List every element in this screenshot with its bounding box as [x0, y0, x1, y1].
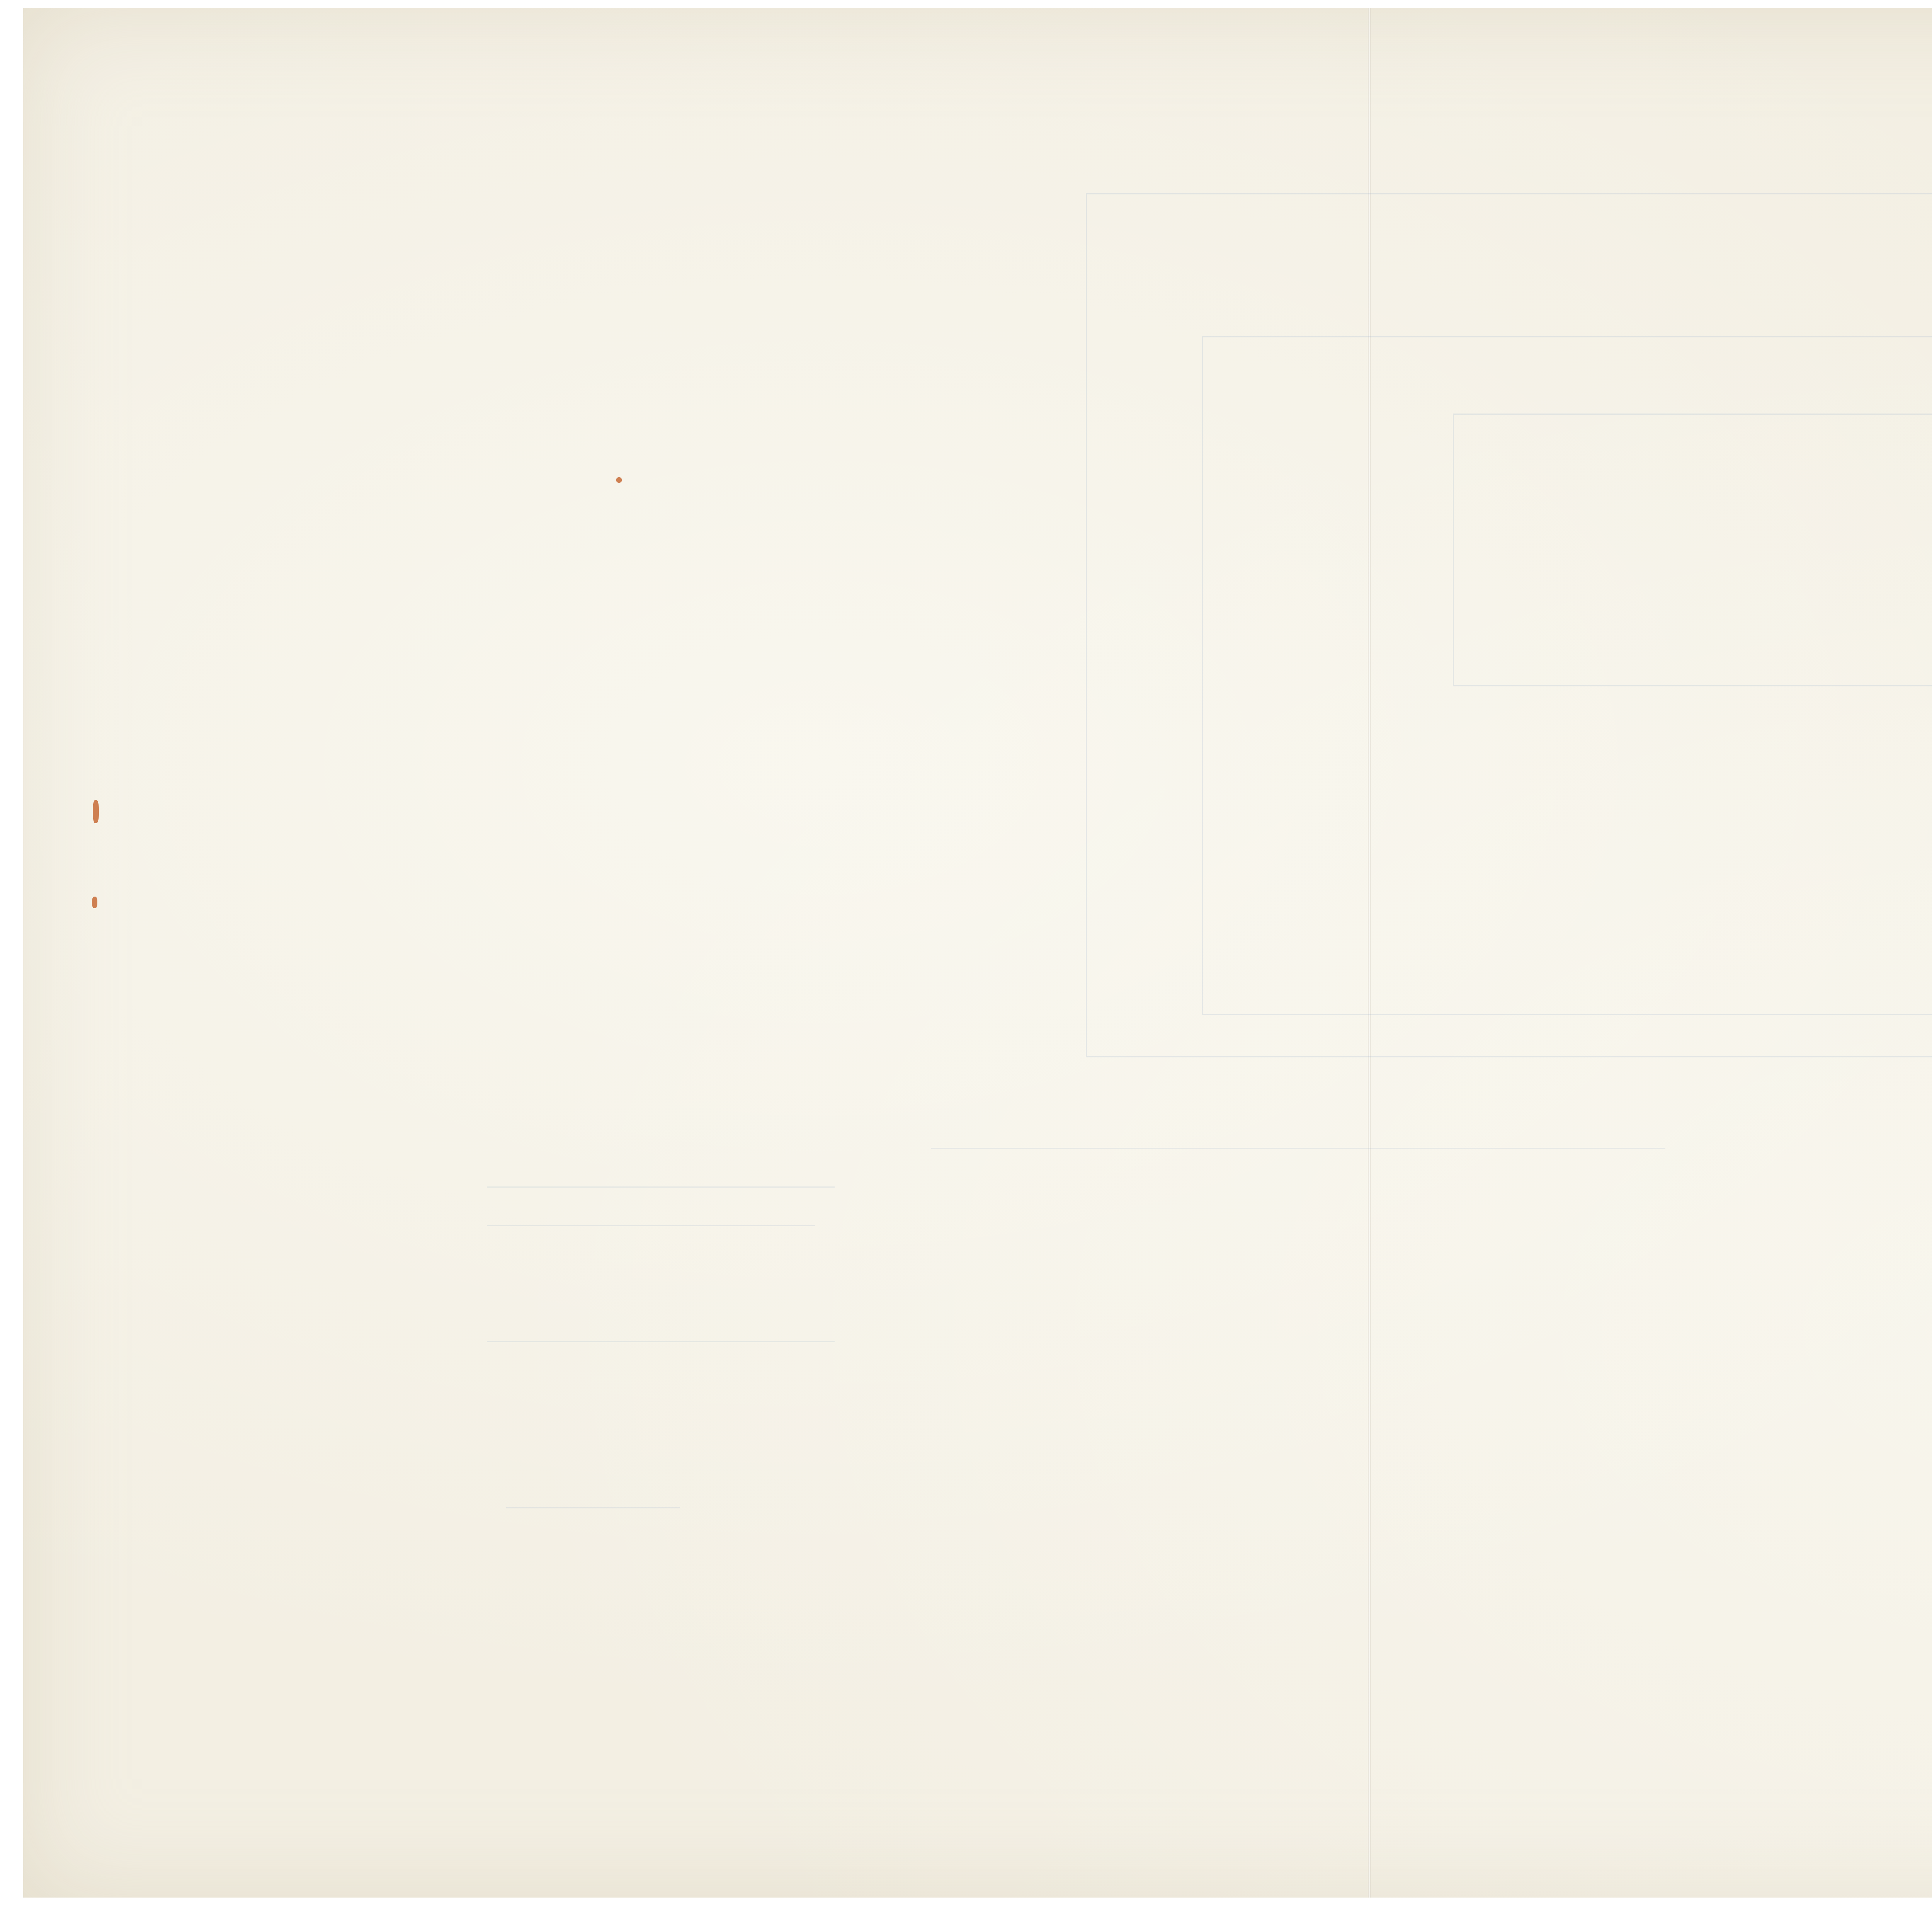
rust-stain	[92, 897, 97, 908]
rust-stain	[93, 800, 99, 823]
rust-stain	[616, 477, 622, 483]
showthrough-text-line	[487, 1186, 835, 1188]
showthrough-text-line	[487, 1225, 815, 1226]
showthrough-text-line	[506, 1507, 680, 1508]
showthrough-text-line	[487, 1341, 835, 1342]
showthrough-text-line	[931, 1148, 1665, 1149]
showthrough-table-block	[1453, 414, 1932, 686]
paper-sheet	[23, 8, 1932, 1898]
